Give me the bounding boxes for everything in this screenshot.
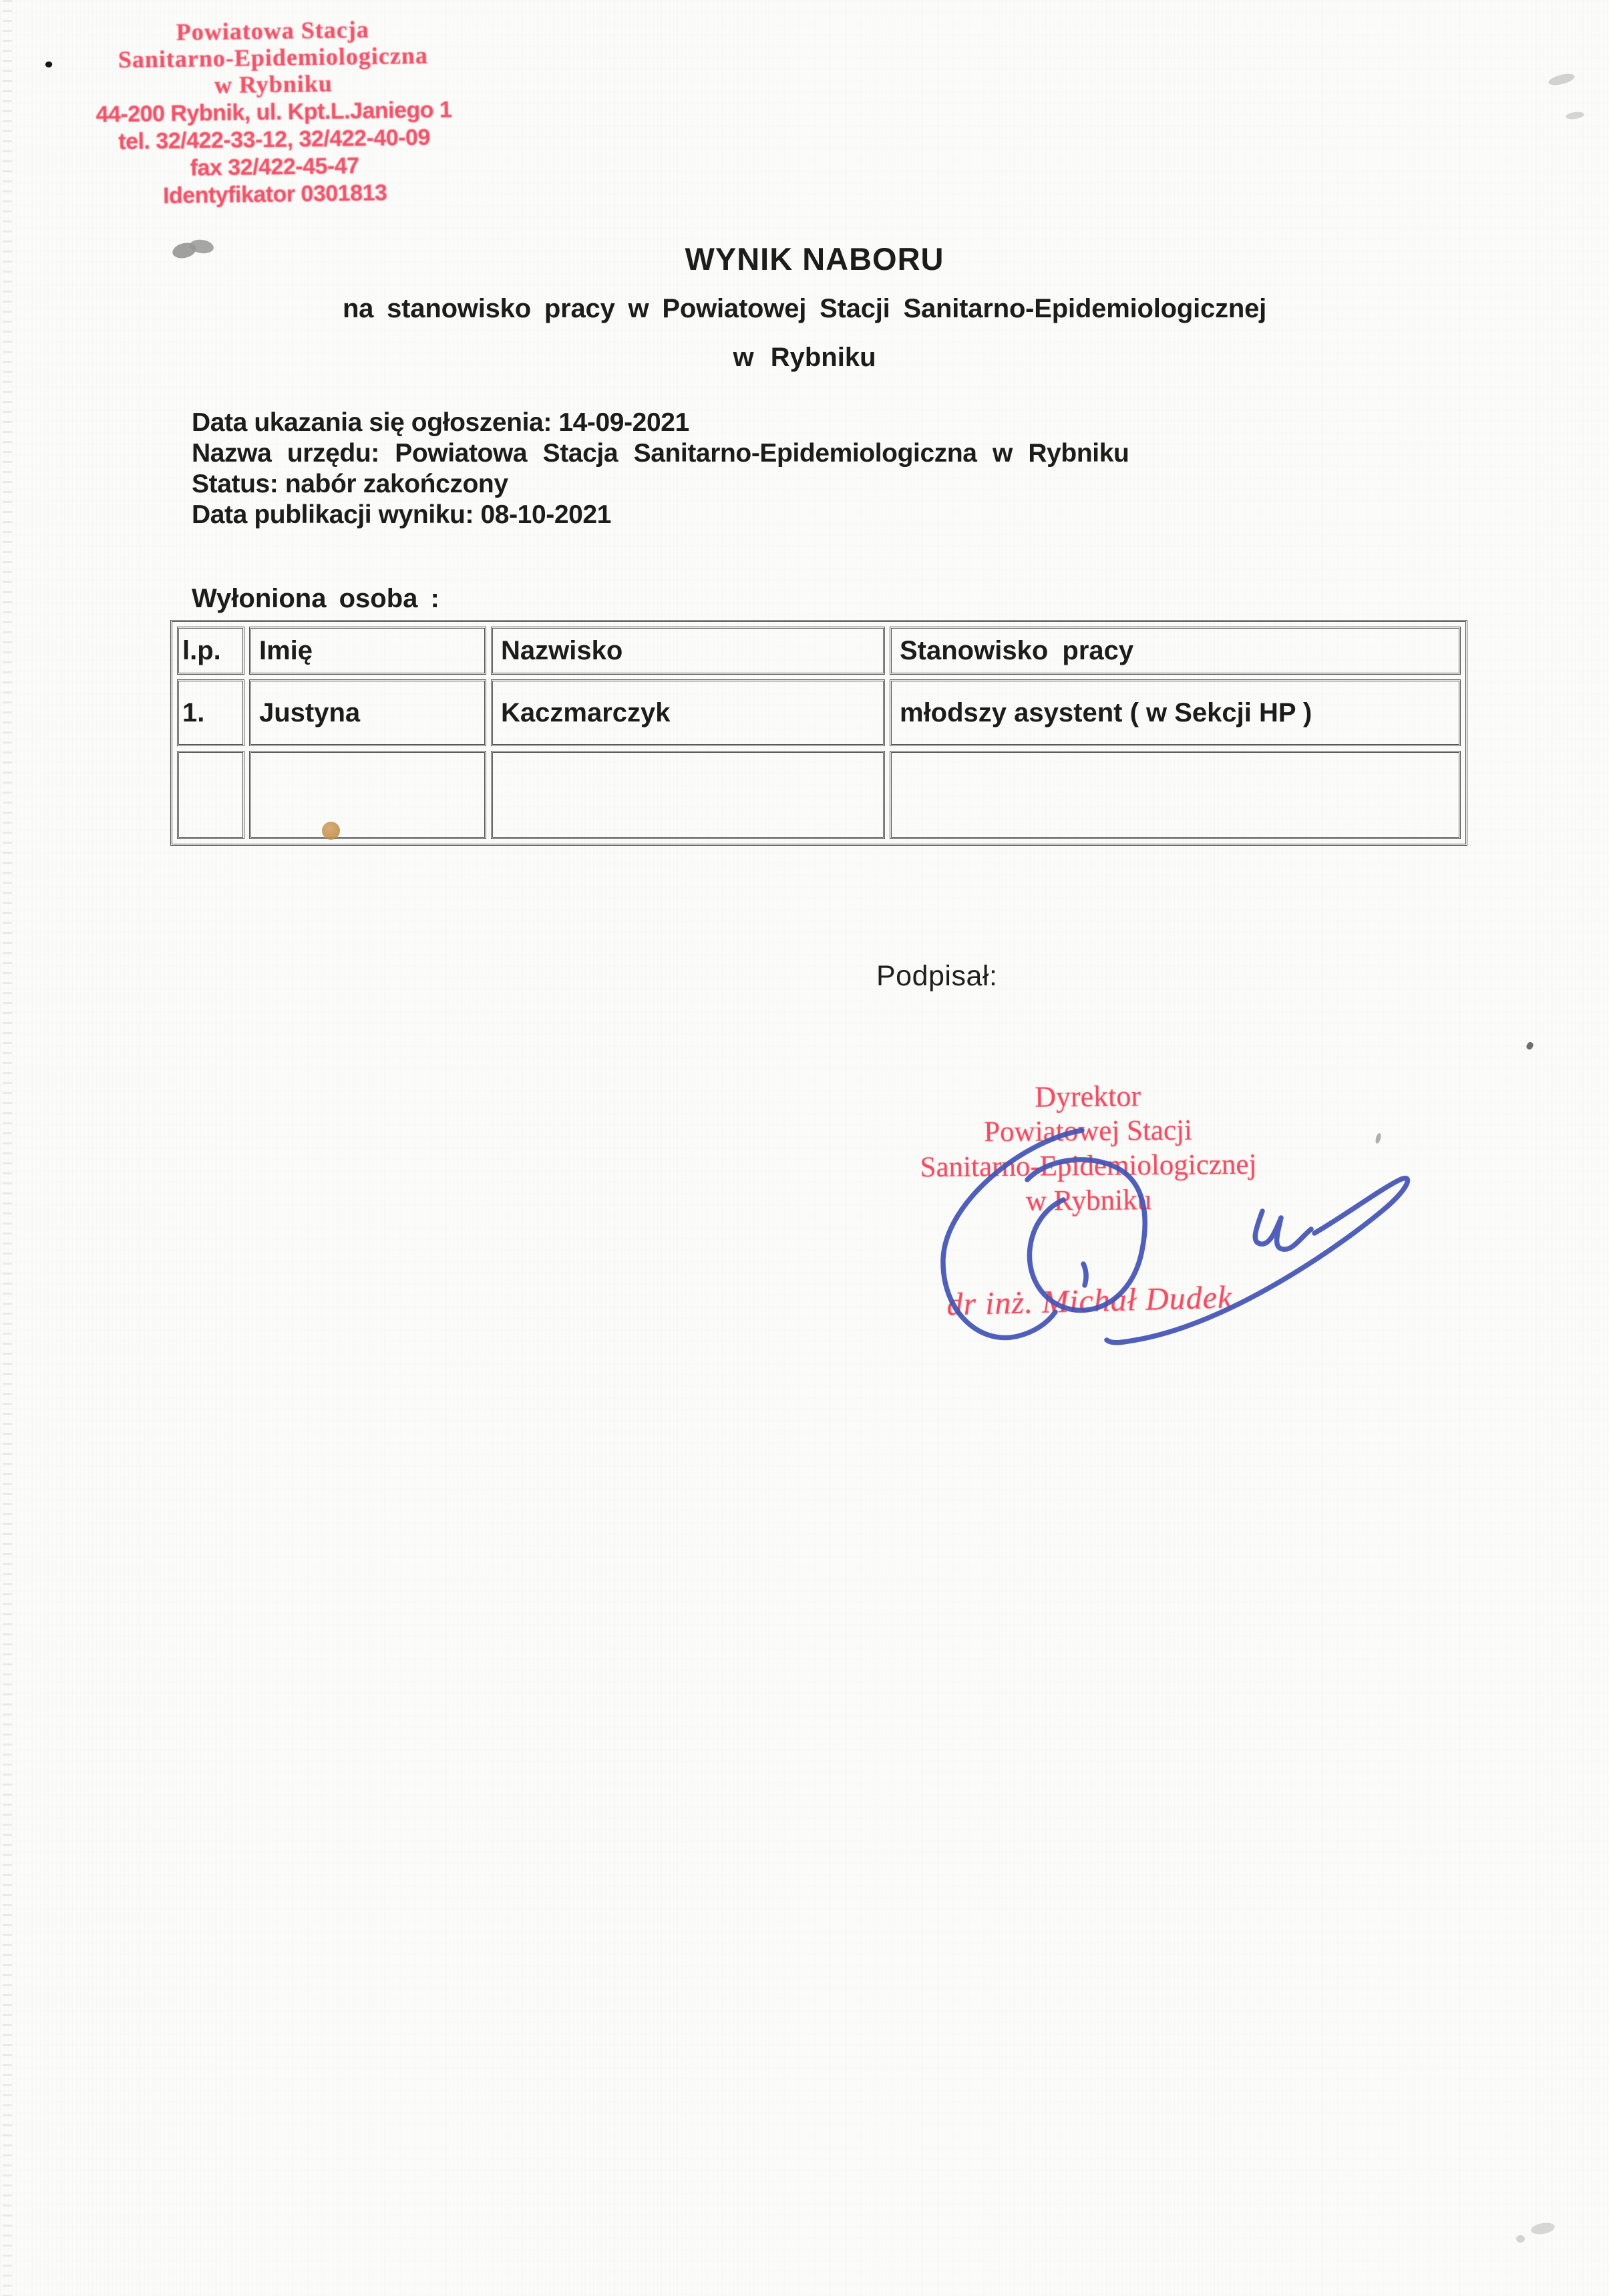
scanned-document-page: Powiatowa Stacja Sanitarno-Epidemiologic…: [0, 0, 1609, 2296]
office-stamp-line: w Rybniku: [86, 68, 461, 100]
meta-office-name: Nazwa urzędu: Powiatowa Stacja Sanitarno…: [192, 438, 1129, 469]
cell-lp: 1.: [177, 679, 244, 746]
selected-person-heading: Wyłoniona osoba :: [192, 584, 439, 614]
ink-dot-artifact: [45, 61, 53, 69]
cell-position: młodszy asystent ( w Sekcji HP ): [890, 679, 1461, 746]
cell-lp: [177, 751, 244, 839]
cell-first-name: [249, 751, 486, 839]
handwritten-signature-ink: [915, 1102, 1429, 1369]
cell-last-name: Kaczmarczyk: [491, 679, 885, 746]
cell-first-name: Justyna: [249, 679, 486, 746]
office-stamp-line: tel. 32/422-33-12, 32/422-40-09: [87, 124, 462, 156]
meta-status: Status: nabór zakończony: [192, 469, 1129, 500]
signed-by-label: Podpisał:: [876, 960, 997, 993]
cell-position: [890, 751, 1461, 839]
col-header-last-name: Nazwisko: [491, 627, 885, 675]
table-row-empty: [177, 751, 1461, 839]
document-subtitle: na stanowisko pracy w Powiatowej Stacji …: [0, 294, 1609, 324]
speck-artifact: [1526, 1041, 1534, 1050]
cell-last-name: [491, 751, 885, 839]
meta-result-date: Data publikacji wyniku: 08-10-2021: [192, 500, 1129, 530]
office-stamp-line: Sanitarno-Epidemiologiczna: [86, 41, 461, 73]
col-header-lp: l.p.: [177, 627, 244, 675]
col-header-position: Stanowisko pracy: [890, 627, 1461, 675]
table-row: 1. Justyna Kaczmarczyk młodszy asystent …: [177, 679, 1461, 746]
document-subtitle-location: w Rybniku: [0, 343, 1609, 373]
office-stamp: Powiatowa Stacja Sanitarno-Epidemiologic…: [85, 15, 462, 211]
faint-mark-artifact: [1565, 111, 1584, 120]
document-title: WYNIK NABORU: [10, 240, 1609, 277]
office-stamp-line: Identyfikator 0301813: [87, 178, 462, 211]
selected-person-table: l.p. Imię Nazwisko Stanowisko pracy 1. J…: [170, 620, 1467, 846]
col-header-first-name: Imię: [249, 627, 486, 675]
faint-mark-artifact: [1530, 2221, 1556, 2236]
faint-mark-artifact: [1548, 71, 1576, 87]
table-header-row: l.p. Imię Nazwisko Stanowisko pracy: [177, 627, 1461, 675]
faint-mark-artifact: [1516, 2235, 1525, 2243]
meta-publication-date: Data ukazania się ogłoszenia: 14-09-2021: [192, 407, 1129, 438]
announcement-meta: Data ukazania się ogłoszenia: 14-09-2021…: [192, 407, 1129, 530]
